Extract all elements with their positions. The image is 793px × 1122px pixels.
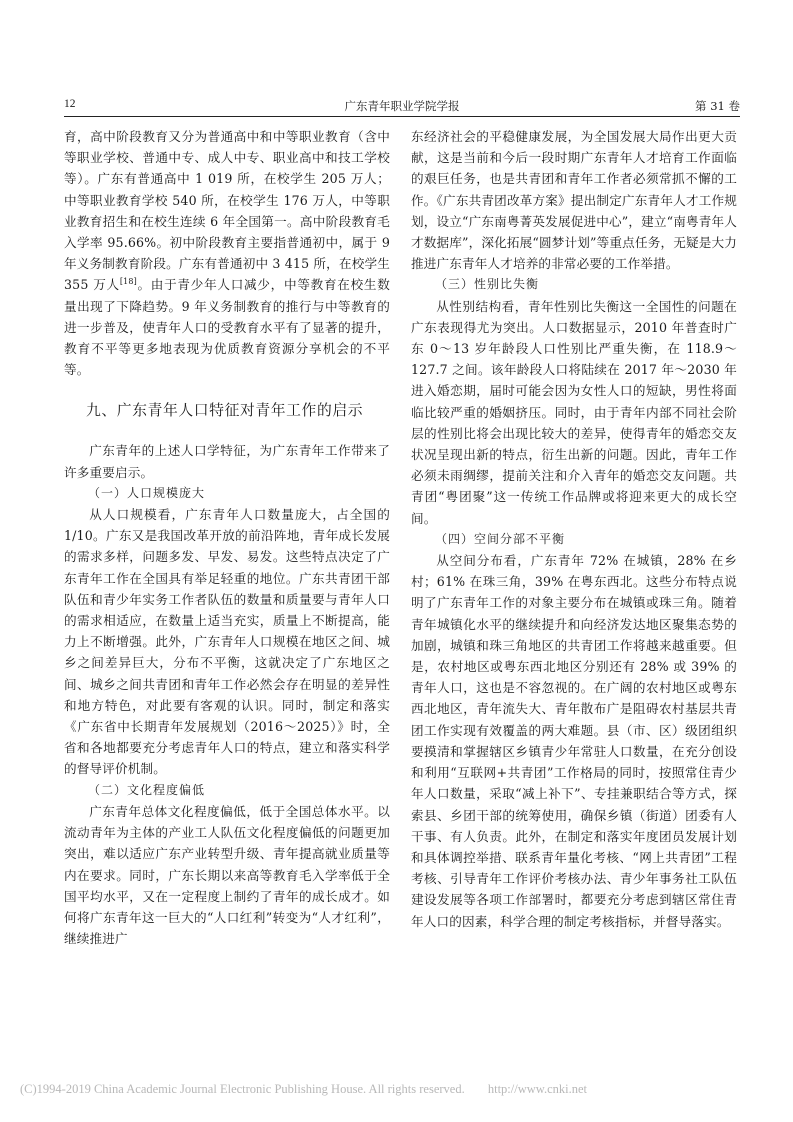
copyright-text: (C)1994-2019 China Academic Journal Elec… bbox=[20, 1082, 465, 1096]
journal-title: 广东青年职业学院学报 bbox=[64, 98, 740, 114]
paragraph-continued: 东经济社会的平稳健康发展，为全国发展大局作出更大贡献，这是当前和今后一段时期广东… bbox=[411, 126, 737, 274]
paragraph-education-level: 广东青年总体文化程度偏低，低于全国总体水平。以流动青年为主体的产业工人队伍文化程… bbox=[64, 801, 390, 949]
section-heading: 九、广东青年人口特征对青年工作的启示 bbox=[64, 400, 390, 422]
paragraph-population-scale: 从人口规模看，广东青年人口数量庞大，占全国的 1/10。广东又是我国改革开放的前… bbox=[64, 504, 390, 780]
paragraph-spatial-distribution: 从空间分布看，广东青年 72% 在城镇，28% 在乡村；61% 在珠三角，39%… bbox=[411, 550, 737, 932]
subheading-population-scale: （一）人口规模庞大 bbox=[64, 483, 390, 504]
subheading-spatial-distribution: （四）空间分部不平衡 bbox=[411, 529, 737, 550]
footer-url: http://www.cnki.net bbox=[488, 1082, 587, 1096]
volume-label: 第 31 卷 bbox=[695, 98, 740, 114]
copyright-footer: (C)1994-2019 China Academic Journal Elec… bbox=[20, 1082, 780, 1097]
subheading-education-level: （二）文化程度偏低 bbox=[64, 780, 390, 801]
left-column: 育，高中阶段教育又分为普通高中和中等职业教育（含中等职业学校、普通中专、成人中专… bbox=[64, 126, 390, 949]
paragraph-education: 育，高中阶段教育又分为普通高中和中等职业教育（含中等职业学校、普通中专、成人中专… bbox=[64, 126, 390, 380]
running-header: 12 广东青年职业学院学报 第 31 卷 bbox=[64, 96, 740, 117]
paragraph-intro: 广东青年的上述人口学特征，为广东青年工作带来了许多重要启示。 bbox=[64, 440, 390, 482]
citation-ref: [18] bbox=[120, 277, 137, 286]
right-column: 东经济社会的平稳健康发展，为全国发展大局作出更大贡献，这是当前和今后一段时期广东… bbox=[411, 126, 737, 932]
subheading-gender-ratio: （三）性别比失衡 bbox=[411, 274, 737, 295]
paragraph-gender-ratio: 从性别结构看，青年性别比失衡这一全国性的问题在广东表现得尤为突出。人口数据显示，… bbox=[411, 296, 737, 529]
paragraph-text: 育，高中阶段教育又分为普通高中和中等职业教育（含中等职业学校、普通中专、成人中专… bbox=[64, 129, 390, 292]
